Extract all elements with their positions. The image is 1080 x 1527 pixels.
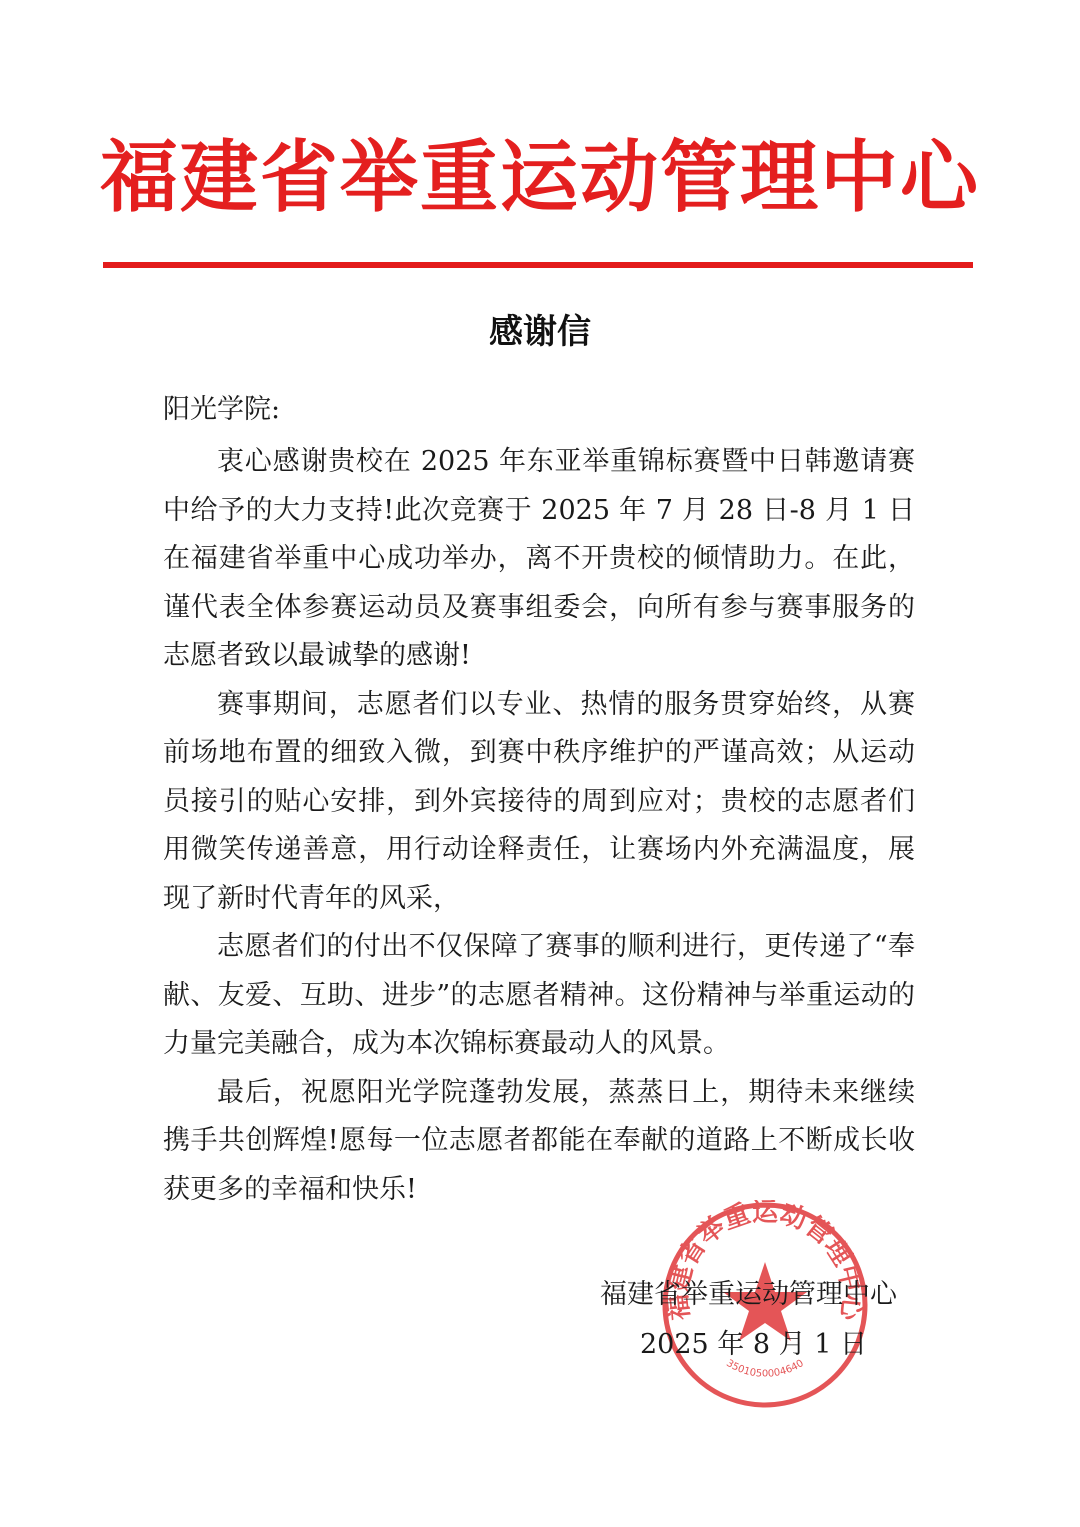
document-title: 感谢信 (0, 310, 1080, 354)
date: 2025 年 8 月 1 日 (640, 1325, 867, 1365)
paragraph: 志愿者们的付出不仅保障了赛事的顺利进行，更传递了“奉献、友爱、互助、进步”的志愿… (163, 923, 915, 1069)
letterhead-title: 福建省举重运动管理中心 (100, 128, 980, 228)
paragraph: 赛事期间，志愿者们以专业、热情的服务贯穿始终，从赛前场地布置的细致入微，到赛中秩… (163, 681, 915, 924)
paragraph: 衷心感谢贵校在 2025 年东亚举重锦标赛暨中日韩邀请赛中给予的大力支持!此次竞… (163, 438, 915, 681)
letterhead-divider (103, 262, 973, 268)
paragraph: 最后，祝愿阳光学院蓬勃发展，蒸蒸日上，期待未来继续携手共创辉煌!愿每一位志愿者都… (163, 1069, 915, 1215)
salutation: 阳光学院: (163, 390, 280, 430)
letter-body: 衷心感谢贵校在 2025 年东亚举重锦标赛暨中日韩邀请赛中给予的大力支持!此次竞… (163, 438, 915, 1214)
signature: 福建省举重运动管理中心 (600, 1275, 897, 1315)
